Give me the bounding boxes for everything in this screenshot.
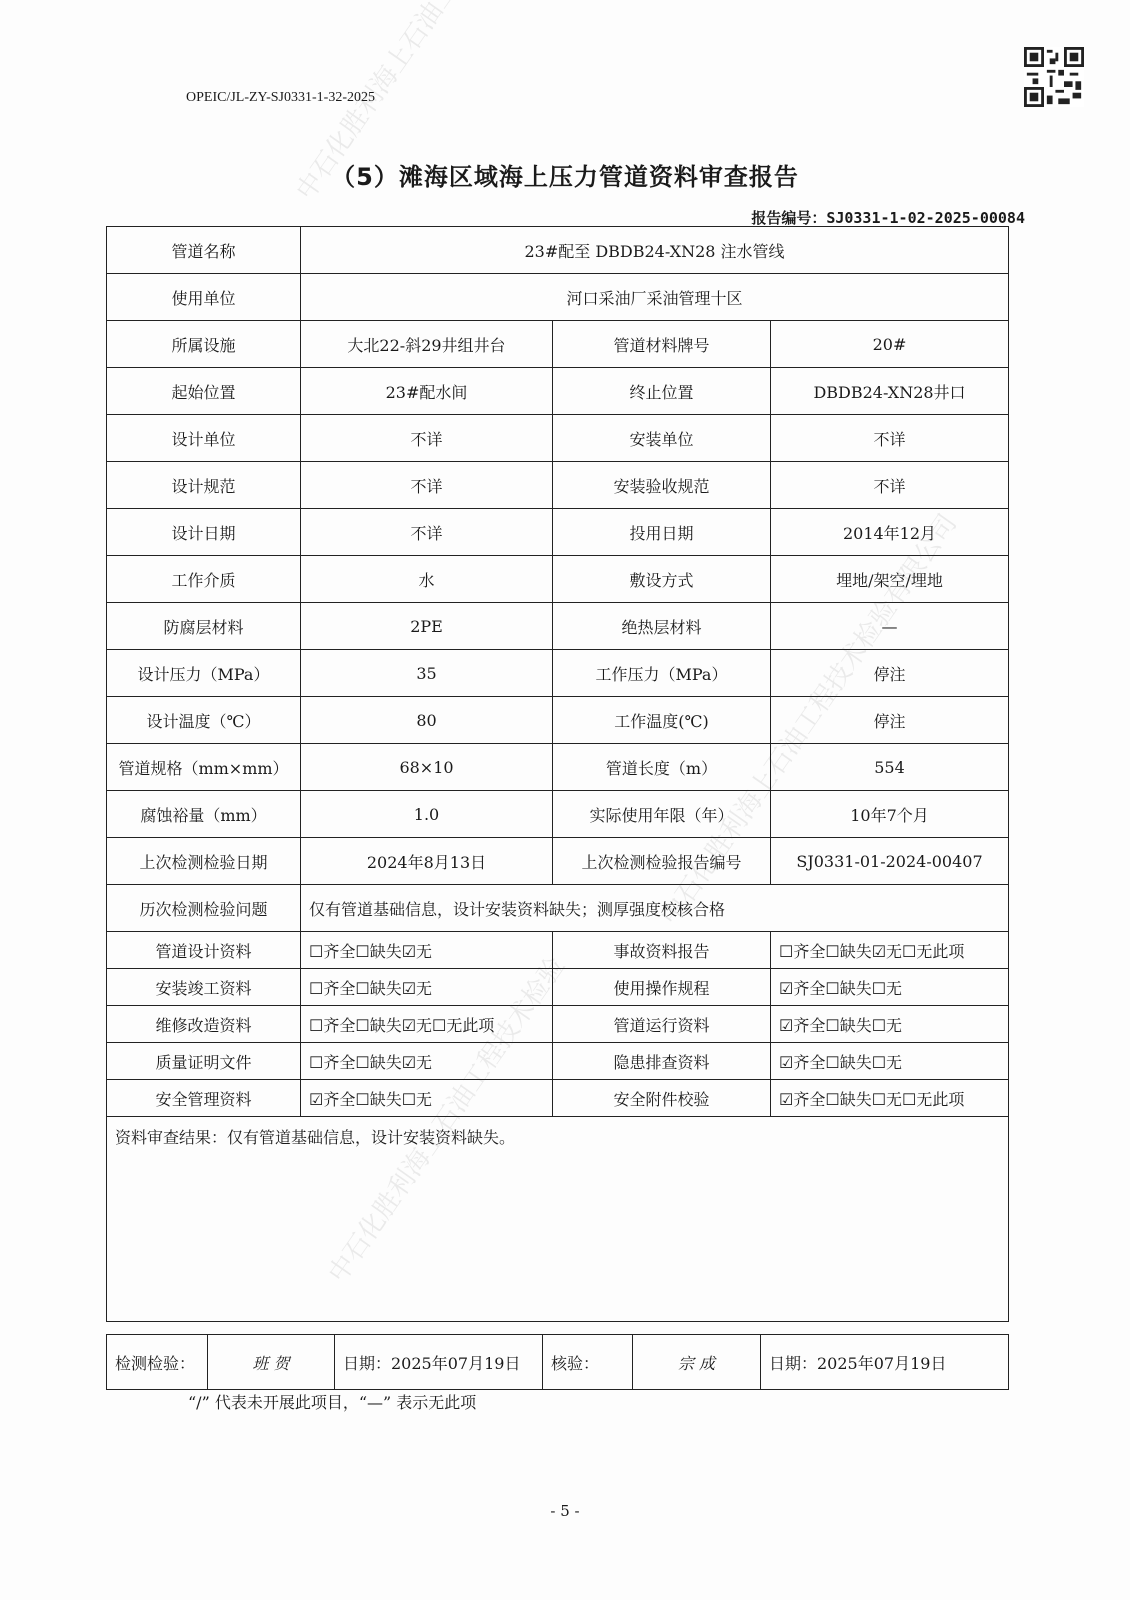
table-row: 使用单位河口采油厂采油管理十区 <box>107 274 1009 321</box>
label-cell: 隐患排查资料 <box>553 1043 771 1080</box>
page-number: - 5 - <box>0 1502 1130 1520</box>
label-cell: 安装单位 <box>553 415 771 462</box>
signature-row: 检测检验： 班 贺 日期：2025年07月19日 核验： 宗 成 日期：2025… <box>107 1335 1009 1390</box>
label-cell: 腐蚀裕量（mm） <box>107 791 301 838</box>
label-cell: 绝热层材料 <box>553 603 771 650</box>
checkbox-group: ☑齐全☐缺失☐无☐无此项 <box>771 1080 1009 1117</box>
label-cell: 敷设方式 <box>553 556 771 603</box>
checkbox-group: ☑齐全☐缺失☐无 <box>301 1080 553 1117</box>
value-cell: 20# <box>771 321 1009 368</box>
label-cell: 使用单位 <box>107 274 301 321</box>
value-cell: 23#配至 DBDB24-XN28 注水管线 <box>301 227 1009 274</box>
footnote: “/” 代表未开展此项目，“—” 表示无此项 <box>188 1390 476 1413</box>
label-cell: 设计单位 <box>107 415 301 462</box>
value-cell: 不详 <box>771 462 1009 509</box>
value-cell: 大北22-斜29井组井台 <box>301 321 553 368</box>
checklist-row: 管道设计资料☐齐全☐缺失☑无事故资料报告☐齐全☐缺失☑无☐无此项 <box>107 932 1009 969</box>
label-cell: 管道材料牌号 <box>553 321 771 368</box>
value-cell: 仅有管道基础信息，设计安装资料缺失；测厚强度校核合格 <box>301 885 1009 932</box>
label-cell: 实际使用年限（年） <box>553 791 771 838</box>
label-cell: 使用操作规程 <box>553 969 771 1006</box>
label-cell: 管道规格（mm×mm） <box>107 744 301 791</box>
value-cell: 80 <box>301 697 553 744</box>
label-cell: 管道长度（m） <box>553 744 771 791</box>
checkbox-group: ☑齐全☐缺失☐无 <box>771 1043 1009 1080</box>
value-cell: 23#配水间 <box>301 368 553 415</box>
label-cell: 工作压力（MPa） <box>553 650 771 697</box>
label-cell: 管道设计资料 <box>107 932 301 969</box>
table-row: 所属设施大北22-斜29井组井台管道材料牌号20# <box>107 321 1009 368</box>
label-cell: 工作介质 <box>107 556 301 603</box>
label-cell: 安全管理资料 <box>107 1080 301 1117</box>
qr-code-icon <box>1024 47 1084 107</box>
table-row: 管道规格（mm×mm）68×10管道长度（m）554 <box>107 744 1009 791</box>
label-cell: 上次检测检验日期 <box>107 838 301 885</box>
review-result: 资料审查结果：仅有管道基础信息，设计安装资料缺失。 <box>107 1117 1009 1322</box>
label-cell: 设计压力（MPa） <box>107 650 301 697</box>
inspect-label: 检测检验： <box>107 1335 208 1390</box>
verify-date: 日期：2025年07月19日 <box>761 1335 1009 1390</box>
value-cell: 2PE <box>301 603 553 650</box>
value-cell: 不详 <box>301 509 553 556</box>
label-cell: 防腐层材料 <box>107 603 301 650</box>
value-cell: — <box>771 603 1009 650</box>
signature-table: 检测检验： 班 贺 日期：2025年07月19日 核验： 宗 成 日期：2025… <box>106 1334 1009 1390</box>
checkbox-group: ☑齐全☐缺失☐无 <box>771 1006 1009 1043</box>
value-cell: 35 <box>301 650 553 697</box>
value-cell: 554 <box>771 744 1009 791</box>
checklist-row: 质量证明文件☐齐全☐缺失☑无隐患排查资料☑齐全☐缺失☐无 <box>107 1043 1009 1080</box>
page-title: （5）滩海区域海上压力管道资料审查报告 <box>0 157 1130 192</box>
value-cell: 埋地/架空/埋地 <box>771 556 1009 603</box>
label-cell: 所属设施 <box>107 321 301 368</box>
label-cell: 事故资料报告 <box>553 932 771 969</box>
label-cell: 管道运行资料 <box>553 1006 771 1043</box>
label-cell: 维修改造资料 <box>107 1006 301 1043</box>
value-cell: 水 <box>301 556 553 603</box>
value-cell: 2014年12月 <box>771 509 1009 556</box>
value-cell: 68×10 <box>301 744 553 791</box>
review-result-row: 资料审查结果：仅有管道基础信息，设计安装资料缺失。 <box>107 1117 1009 1322</box>
value-cell: 2024年8月13日 <box>301 838 553 885</box>
value-cell: 停注 <box>771 650 1009 697</box>
label-cell: 设计温度（℃） <box>107 697 301 744</box>
label-cell: 历次检测检验问题 <box>107 885 301 932</box>
verify-label: 核验： <box>543 1335 633 1390</box>
table-row: 设计日期不详投用日期2014年12月 <box>107 509 1009 556</box>
table-row: 管道名称23#配至 DBDB24-XN28 注水管线 <box>107 227 1009 274</box>
table-row: 起始位置23#配水间终止位置DBDB24-XN28井口 <box>107 368 1009 415</box>
document-code: OPEIC/JL-ZY-SJ0331-1-32-2025 <box>186 90 375 106</box>
value-cell: 河口采油厂采油管理十区 <box>301 274 1009 321</box>
value-cell: 10年7个月 <box>771 791 1009 838</box>
label-cell: 工作温度(℃) <box>553 697 771 744</box>
label-cell: 上次检测检验报告编号 <box>553 838 771 885</box>
checkbox-group: ☑齐全☐缺失☐无 <box>771 969 1009 1006</box>
label-cell: 设计规范 <box>107 462 301 509</box>
report-number: 报告编号：SJ0331-1-02-2025-00084 <box>751 207 1025 228</box>
value-cell: 不详 <box>301 462 553 509</box>
table-row: 工作介质水敷设方式埋地/架空/埋地 <box>107 556 1009 603</box>
table-row: 防腐层材料2PE绝热层材料— <box>107 603 1009 650</box>
value-cell: 1.0 <box>301 791 553 838</box>
value-cell: DBDB24-XN28井口 <box>771 368 1009 415</box>
label-cell: 终止位置 <box>553 368 771 415</box>
pipeline-review-table: 管道名称23#配至 DBDB24-XN28 注水管线 使用单位河口采油厂采油管理… <box>106 226 1009 1322</box>
value-cell: SJ0331-01-2024-00407 <box>771 838 1009 885</box>
value-cell: 不详 <box>771 415 1009 462</box>
table-row: 腐蚀裕量（mm）1.0实际使用年限（年）10年7个月 <box>107 791 1009 838</box>
checkbox-group: ☐齐全☐缺失☑无 <box>301 932 553 969</box>
checkbox-group: ☐齐全☐缺失☑无☐无此项 <box>301 1006 553 1043</box>
table-row: 设计温度（℃）80工作温度(℃)停注 <box>107 697 1009 744</box>
label-cell: 设计日期 <box>107 509 301 556</box>
checkbox-group: ☐齐全☐缺失☑无 <box>301 969 553 1006</box>
checkbox-group: ☐齐全☐缺失☑无 <box>301 1043 553 1080</box>
inspector-signature: 班 贺 <box>208 1335 335 1390</box>
value-cell: 停注 <box>771 697 1009 744</box>
value-cell: 不详 <box>301 415 553 462</box>
label-cell: 起始位置 <box>107 368 301 415</box>
label-cell: 管道名称 <box>107 227 301 274</box>
inspect-date: 日期：2025年07月19日 <box>335 1335 543 1390</box>
table-row: 历次检测检验问题仅有管道基础信息，设计安装资料缺失；测厚强度校核合格 <box>107 885 1009 932</box>
checkbox-group: ☐齐全☐缺失☑无☐无此项 <box>771 932 1009 969</box>
checklist-row: 安全管理资料☑齐全☐缺失☐无安全附件校验☑齐全☐缺失☐无☐无此项 <box>107 1080 1009 1117</box>
label-cell: 安装验收规范 <box>553 462 771 509</box>
label-cell: 投用日期 <box>553 509 771 556</box>
table-row: 设计单位不详安装单位不详 <box>107 415 1009 462</box>
table-row: 设计规范不详安装验收规范不详 <box>107 462 1009 509</box>
table-row: 上次检测检验日期2024年8月13日上次检测检验报告编号SJ0331-01-20… <box>107 838 1009 885</box>
checklist-row: 维修改造资料☐齐全☐缺失☑无☐无此项管道运行资料☑齐全☐缺失☐无 <box>107 1006 1009 1043</box>
checklist-row: 安装竣工资料☐齐全☐缺失☑无使用操作规程☑齐全☐缺失☐无 <box>107 969 1009 1006</box>
table-row: 设计压力（MPa）35工作压力（MPa）停注 <box>107 650 1009 697</box>
label-cell: 安全附件校验 <box>553 1080 771 1117</box>
label-cell: 安装竣工资料 <box>107 969 301 1006</box>
verifier-signature: 宗 成 <box>633 1335 761 1390</box>
label-cell: 质量证明文件 <box>107 1043 301 1080</box>
